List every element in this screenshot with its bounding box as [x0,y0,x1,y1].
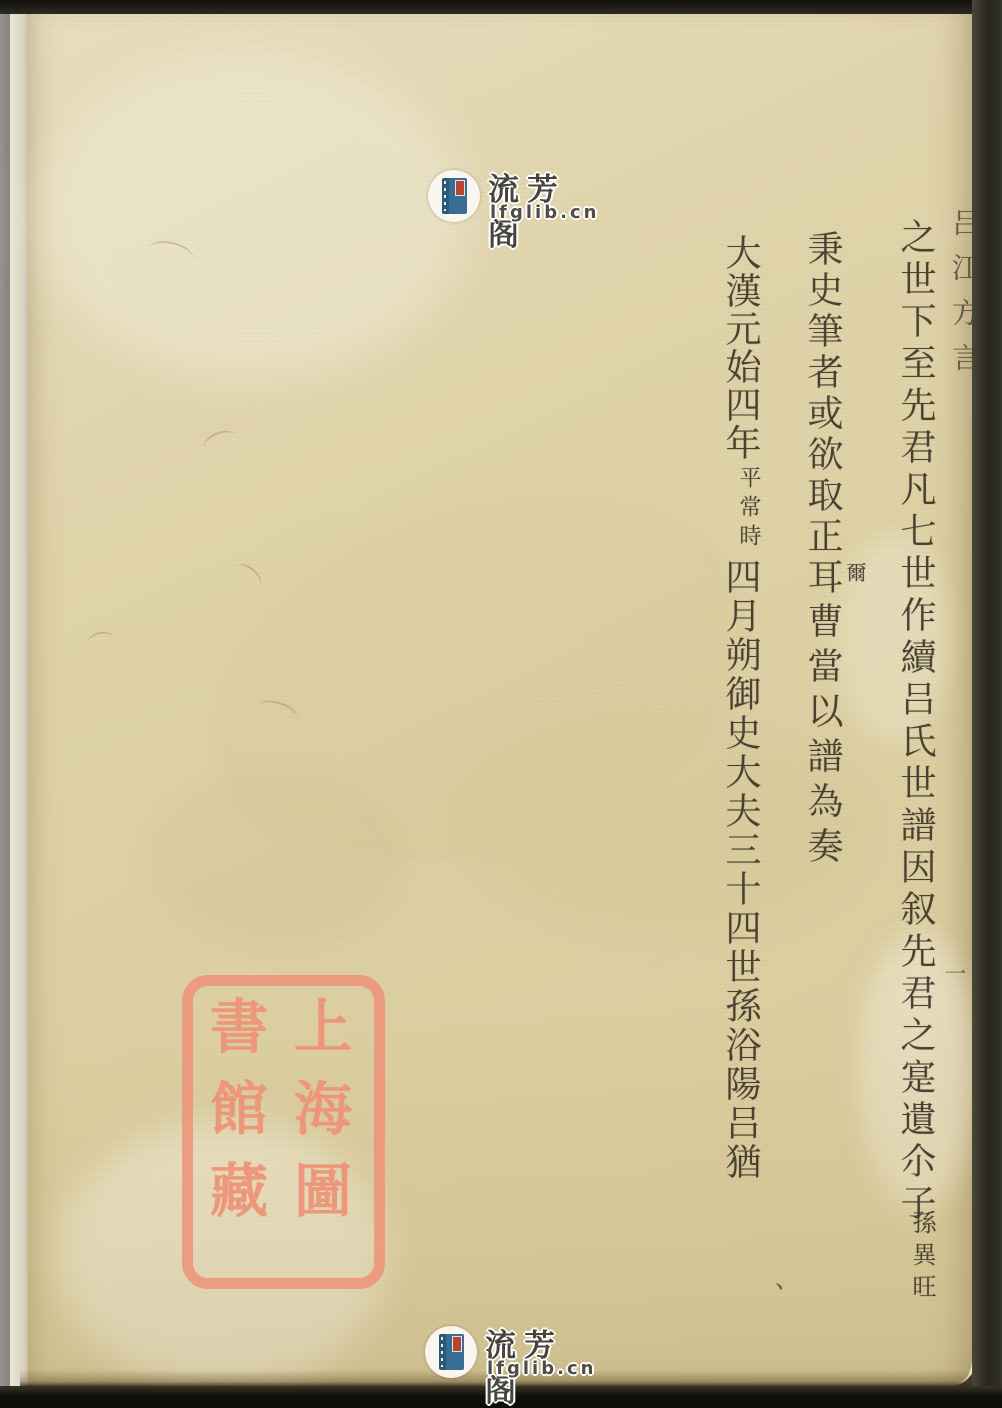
text-column-2-insert: 爾 [845,562,865,582]
library-seal: 上海圖 書館藏 [182,975,385,1289]
book-stitch-icon [444,181,446,211]
book-edge-top [0,0,1002,14]
text-column-2: 秉史筆者或欲取正耳 [804,230,840,599]
text-column-1: 之世下至先君凡七世作續吕氏世譜因叙先君之寔遺尒子 [897,218,933,1226]
watermark-bottom: 流芳阁 lfglib.cn [425,1318,595,1398]
seal-column-left: 書館藏 [205,996,263,1242]
dash-mark: 一 [942,962,964,984]
book-cover-icon [442,178,467,214]
comma-mark: 、 [756,1282,782,1308]
watermark-site: lfglib.cn [487,1358,596,1379]
book-label-icon [452,1336,462,1352]
book-label-icon [455,180,465,196]
text-column-3: 大漢元始四年 [722,234,758,462]
watermark-site: lfglib.cn [490,202,599,223]
scanned-book-page: 吕江方言 之世下至先君凡七世作續吕氏世譜因叙先君之寔遺尒子 孫異旺 秉史筆者或欲… [0,0,1002,1408]
page-left-edge [10,8,30,1398]
seal-column-right: 上海圖 [289,996,347,1242]
text-column-3b: 四月朔御史大夫三十四世孫浴陽吕猶 [722,558,758,1182]
text-column-2b: 曹當以譜為奏 [804,602,840,872]
watermark-top: 流芳阁 lfglib.cn [428,162,598,242]
book-binding-right [972,0,1002,1408]
book-stitch-icon [441,1337,443,1367]
book-icon [425,1326,477,1378]
book-cover-icon [439,1334,464,1370]
book-icon [428,170,480,222]
scan-left-margin [0,0,10,1408]
text-column-3-small: 平常時 [737,466,759,553]
text-column-1-small: 孫異旺 [910,1210,934,1306]
